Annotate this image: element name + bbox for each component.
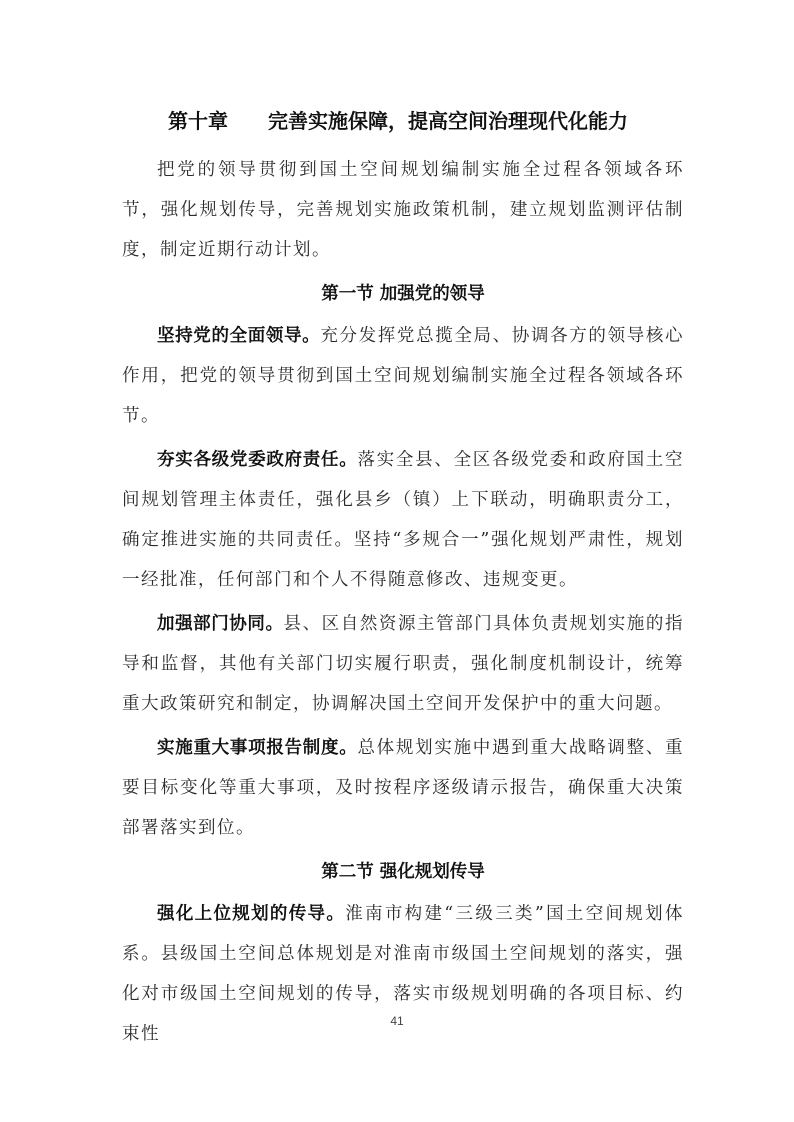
paragraph-lead: 实施重大事项报告制度。 — [157, 738, 357, 758]
paragraph-body: 落实全县、全区各级党委和政府国土空间规划管理主体责任，强化县乡（镇）上下联动，明… — [122, 450, 684, 590]
paragraph: 强化上位规划的传导。淮南市构建“三级三类”国土空间规划体系。县级国土空间总体规划… — [122, 894, 684, 1054]
paragraph: 夯实各级党委政府责任。落实全县、全区各级党委和政府国土空间规划管理主体责任，强化… — [122, 440, 684, 600]
paragraph-lead: 坚持党的全面领导。 — [157, 326, 320, 346]
chapter-intro: 把党的领导贯彻到国土空间规划编制实施全过程各领域各环节，强化规划传导，完善规划实… — [122, 150, 684, 270]
page-content: 第十章完善实施保障，提高空间治理现代化能力 把党的领导贯彻到国土空间规划编制实施… — [122, 100, 684, 1058]
paragraph: 加强部门协同。县、区自然资源主管部门具体负责规划实施的指导和监督，其他有关部门切… — [122, 604, 684, 724]
paragraph-lead: 强化上位规划的传导。 — [157, 904, 345, 924]
paragraph: 坚持党的全面领导。充分发挥党总揽全局、协调各方的领导核心作用，把党的领导贯彻到国… — [122, 316, 684, 436]
paragraph-lead: 夯实各级党委政府责任。 — [157, 450, 357, 470]
paragraph-lead: 加强部门协同。 — [157, 614, 284, 634]
chapter-title: 第十章完善实施保障，提高空间治理现代化能力 — [122, 100, 684, 142]
section-title: 第二节 强化规划传导 — [122, 852, 684, 892]
chapter-number: 第十章 — [168, 100, 268, 142]
chapter-name: 完善实施保障，提高空间治理现代化能力 — [268, 109, 628, 133]
section-title: 第一节 加强党的领导 — [122, 274, 684, 314]
document-page: 第十章完善实施保障，提高空间治理现代化能力 把党的领导贯彻到国土空间规划编制实施… — [0, 0, 794, 1122]
paragraph: 实施重大事项报告制度。总体规划实施中遇到重大战略调整、重要目标变化等重大事项，及… — [122, 728, 684, 848]
page-number: 41 — [0, 1014, 794, 1028]
